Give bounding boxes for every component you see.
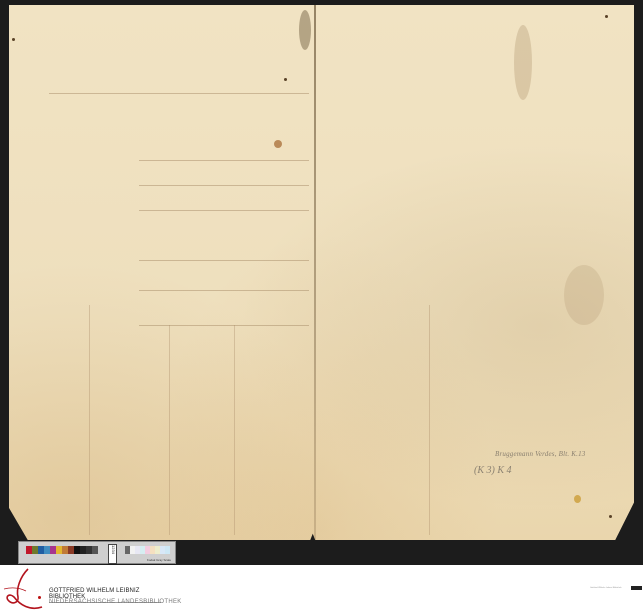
ruled-line xyxy=(139,160,309,161)
ink-spot xyxy=(605,15,608,18)
ruled-line-vertical xyxy=(89,305,90,535)
ruled-line xyxy=(139,325,309,326)
copyright-notice: Gottfried Wilhelm Leibniz Bibliothek xyxy=(590,587,621,589)
color-target-id: 1234 xyxy=(108,544,117,564)
ruled-line-vertical xyxy=(429,305,430,535)
stain xyxy=(564,265,604,325)
ink-spot xyxy=(609,515,612,518)
manuscript-sheet: Bruggemann Verdes, Blt. K.13 (K 3) K 4 xyxy=(9,5,634,540)
ruled-line-vertical xyxy=(234,325,235,535)
library-footer: GOTTFRIED WILHELM LEIBNIZ BIBLIOTHEK NIE… xyxy=(0,565,643,615)
stain xyxy=(299,10,311,50)
scan-area: Bruggemann Verdes, Blt. K.13 (K 3) K 4 1… xyxy=(0,0,643,565)
shelfmark-annotation: (K 3) K 4 xyxy=(474,465,512,476)
pencil-annotation: Bruggemann Verdes, Blt. K.13 xyxy=(495,450,586,458)
stain xyxy=(514,25,532,100)
license-badge xyxy=(631,586,642,590)
ruled-line-vertical xyxy=(169,325,170,535)
color-patches-dark xyxy=(26,546,98,554)
ink-spot xyxy=(12,38,15,41)
ink-spot xyxy=(284,78,287,81)
color-target-caption: Kodak Gray Scale xyxy=(147,558,171,562)
stain xyxy=(574,495,581,503)
ruled-line xyxy=(49,93,309,94)
ruled-line xyxy=(139,185,309,186)
color-patches-light xyxy=(125,546,170,554)
logo-dot xyxy=(38,596,41,599)
library-subtitle: NIEDERSÄCHSISCHE LANDESBIBLIOTHEK xyxy=(49,599,182,605)
stain xyxy=(274,140,282,148)
color-calibration-target: 1234 Kodak Gray Scale xyxy=(18,541,176,564)
leibniz-logo-icon xyxy=(2,567,46,613)
ruled-line xyxy=(139,260,309,261)
center-fold xyxy=(314,5,316,540)
ruled-line xyxy=(139,290,309,291)
ruled-line xyxy=(139,210,309,211)
